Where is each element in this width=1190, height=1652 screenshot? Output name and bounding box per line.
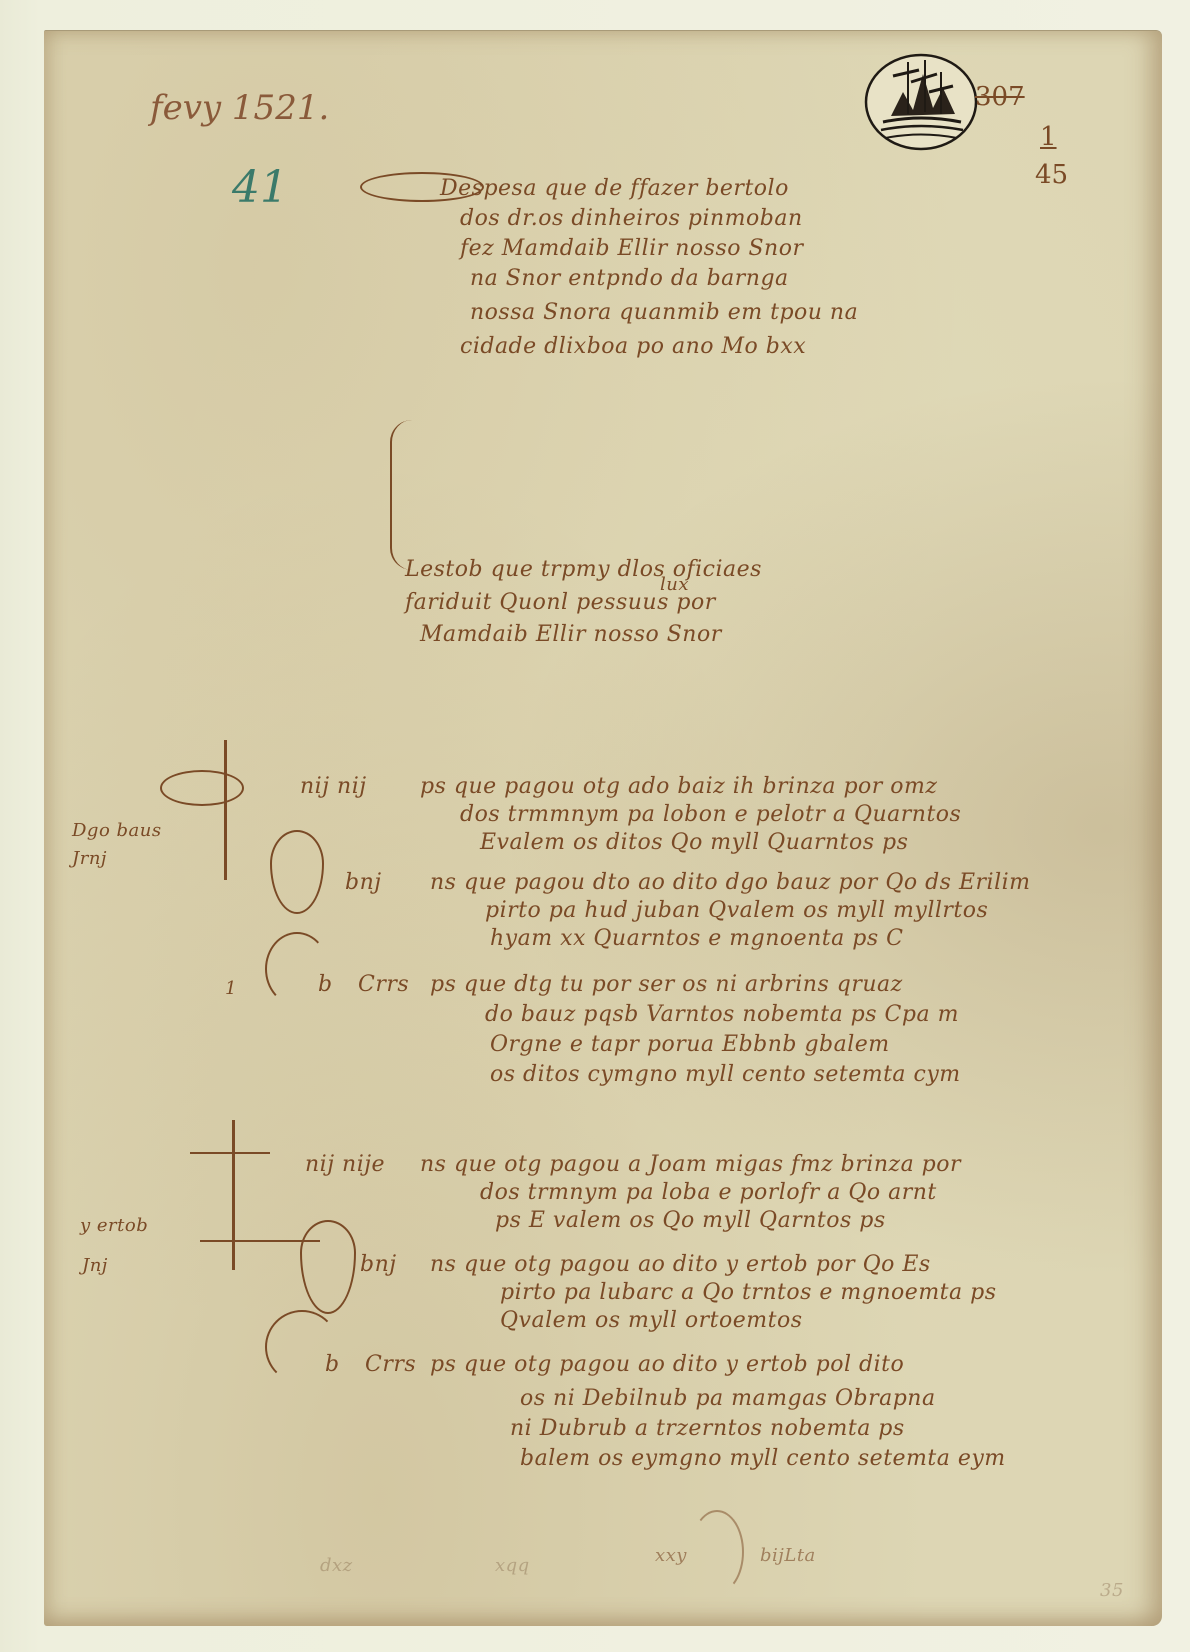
entry-amount: bnj — [360, 1250, 397, 1280]
entry-line: hyam xx Quarntos e mgnoenta ps C — [490, 924, 903, 954]
entry-line: os ditos cymgno myll cento setemta cym — [490, 1060, 961, 1090]
footer-total-right: bijLta — [760, 1545, 816, 1566]
heading-line: Despesa que de ffazer bertolo — [440, 174, 789, 204]
entry-line: Evalem os ditos Qo myll Quarntos ps — [480, 828, 908, 858]
entry-line: ni Dubrub a trzerntos nobemta ps — [510, 1414, 905, 1444]
entry-line: pirto pa hud juban Qvalem os myll myllrt… — [485, 896, 988, 926]
entry-amount: nij nij — [300, 772, 367, 802]
entry-line: Qvalem os myll ortoemtos — [500, 1306, 802, 1336]
entry-brace-stroke — [232, 1120, 235, 1270]
footer-faint-sum: xqq — [495, 1555, 530, 1576]
entry-line: dos trmmnym pa lobon e pelotr a Quarntos — [460, 800, 961, 830]
folio-crossed: 307 — [975, 82, 1025, 112]
entry-line: ns que otg pagou ao dito y ertob por Qo … — [430, 1250, 931, 1280]
entry-margin-note: Dgo baus — [72, 820, 162, 841]
footer-flourish — [690, 1510, 744, 1594]
entry-line: do bauz pqsb Varntos nobemta ps Cpa m — [485, 1000, 959, 1030]
entry-line: ps que otg pagou ao dito y ertob pol dit… — [430, 1350, 904, 1380]
entry-amount: b — [325, 1350, 340, 1380]
entry-label: Crrs — [358, 970, 409, 1000]
entry-line: os ni Debilnub pa mamgas Obrapna — [520, 1384, 936, 1414]
entry-line: ps que dtg tu por ser os ni arbrins qrua… — [430, 970, 903, 1000]
folio-mark: 1 — [1040, 122, 1057, 152]
entry-line: ns que otg pagou a Joam migas fmz brinza… — [420, 1150, 961, 1180]
date-note: fevy 1521. — [150, 88, 329, 128]
heading-line: na Snor entpndo da barnga — [470, 264, 789, 294]
ship-seal-icon — [863, 52, 979, 152]
entry-line: ps que pagou otg ado baiz ih brinza por … — [420, 772, 937, 802]
folio-number-green: 41 — [232, 162, 288, 213]
heading-line: nossa Snora quanmib em tpou na — [470, 298, 858, 328]
entry-brace-flourish — [160, 770, 244, 806]
entry-line: balem os eymgno myll cento setemta eym — [520, 1444, 1006, 1474]
entry-line: ns que pagou dto ao dito dgo bauz por Qo… — [430, 868, 1031, 898]
folio-number: 45 — [1035, 160, 1068, 190]
entry-amount: nij nije — [305, 1150, 385, 1180]
entry-line: Orgne e tapr porua Ebbnb gbalem — [490, 1030, 890, 1060]
subheading-line: Lestob que trpmy dlos oficiaes — [405, 555, 762, 585]
footer-corner-mark: 35 — [1100, 1580, 1124, 1601]
footer-total-left: xxy — [655, 1545, 687, 1566]
entry-margin-note: y ertob — [80, 1215, 148, 1236]
entry-line: pirto pa lubarc a Qo trntos e mgnoemta p… — [500, 1278, 997, 1308]
heading-line: dos dr.os dinheiros pinmoban — [460, 204, 803, 234]
entry-brace-stroke — [224, 740, 227, 880]
entry-prefix: 1 — [225, 978, 237, 999]
heading-line: cidade dlixboa po ano Mo bxx — [460, 332, 806, 362]
heading-line: fez Mamdaib Ellir nosso Snor — [460, 234, 803, 264]
subheading-bracket — [390, 420, 412, 570]
entry-line: dos trmnym pa loba e porlofr a Qo arnt — [480, 1178, 937, 1208]
entry-brace-cross — [190, 1152, 270, 1154]
entry-amount: bnj — [345, 868, 382, 898]
entry-line: ps E valem os Qo myll Qarntos ps — [495, 1206, 886, 1236]
entry-margin-note: Jrnj — [72, 848, 107, 869]
subheading-line: fariduit Quonl pessuus por — [405, 588, 716, 618]
footer-faint-sum: dxz — [320, 1555, 353, 1576]
entry-amount: b — [318, 970, 333, 1000]
subheading-line: Mamdaib Ellir nosso Snor — [420, 620, 722, 650]
entry-margin-note: Jnj — [82, 1255, 108, 1276]
entry-label: Crrs — [365, 1350, 416, 1380]
